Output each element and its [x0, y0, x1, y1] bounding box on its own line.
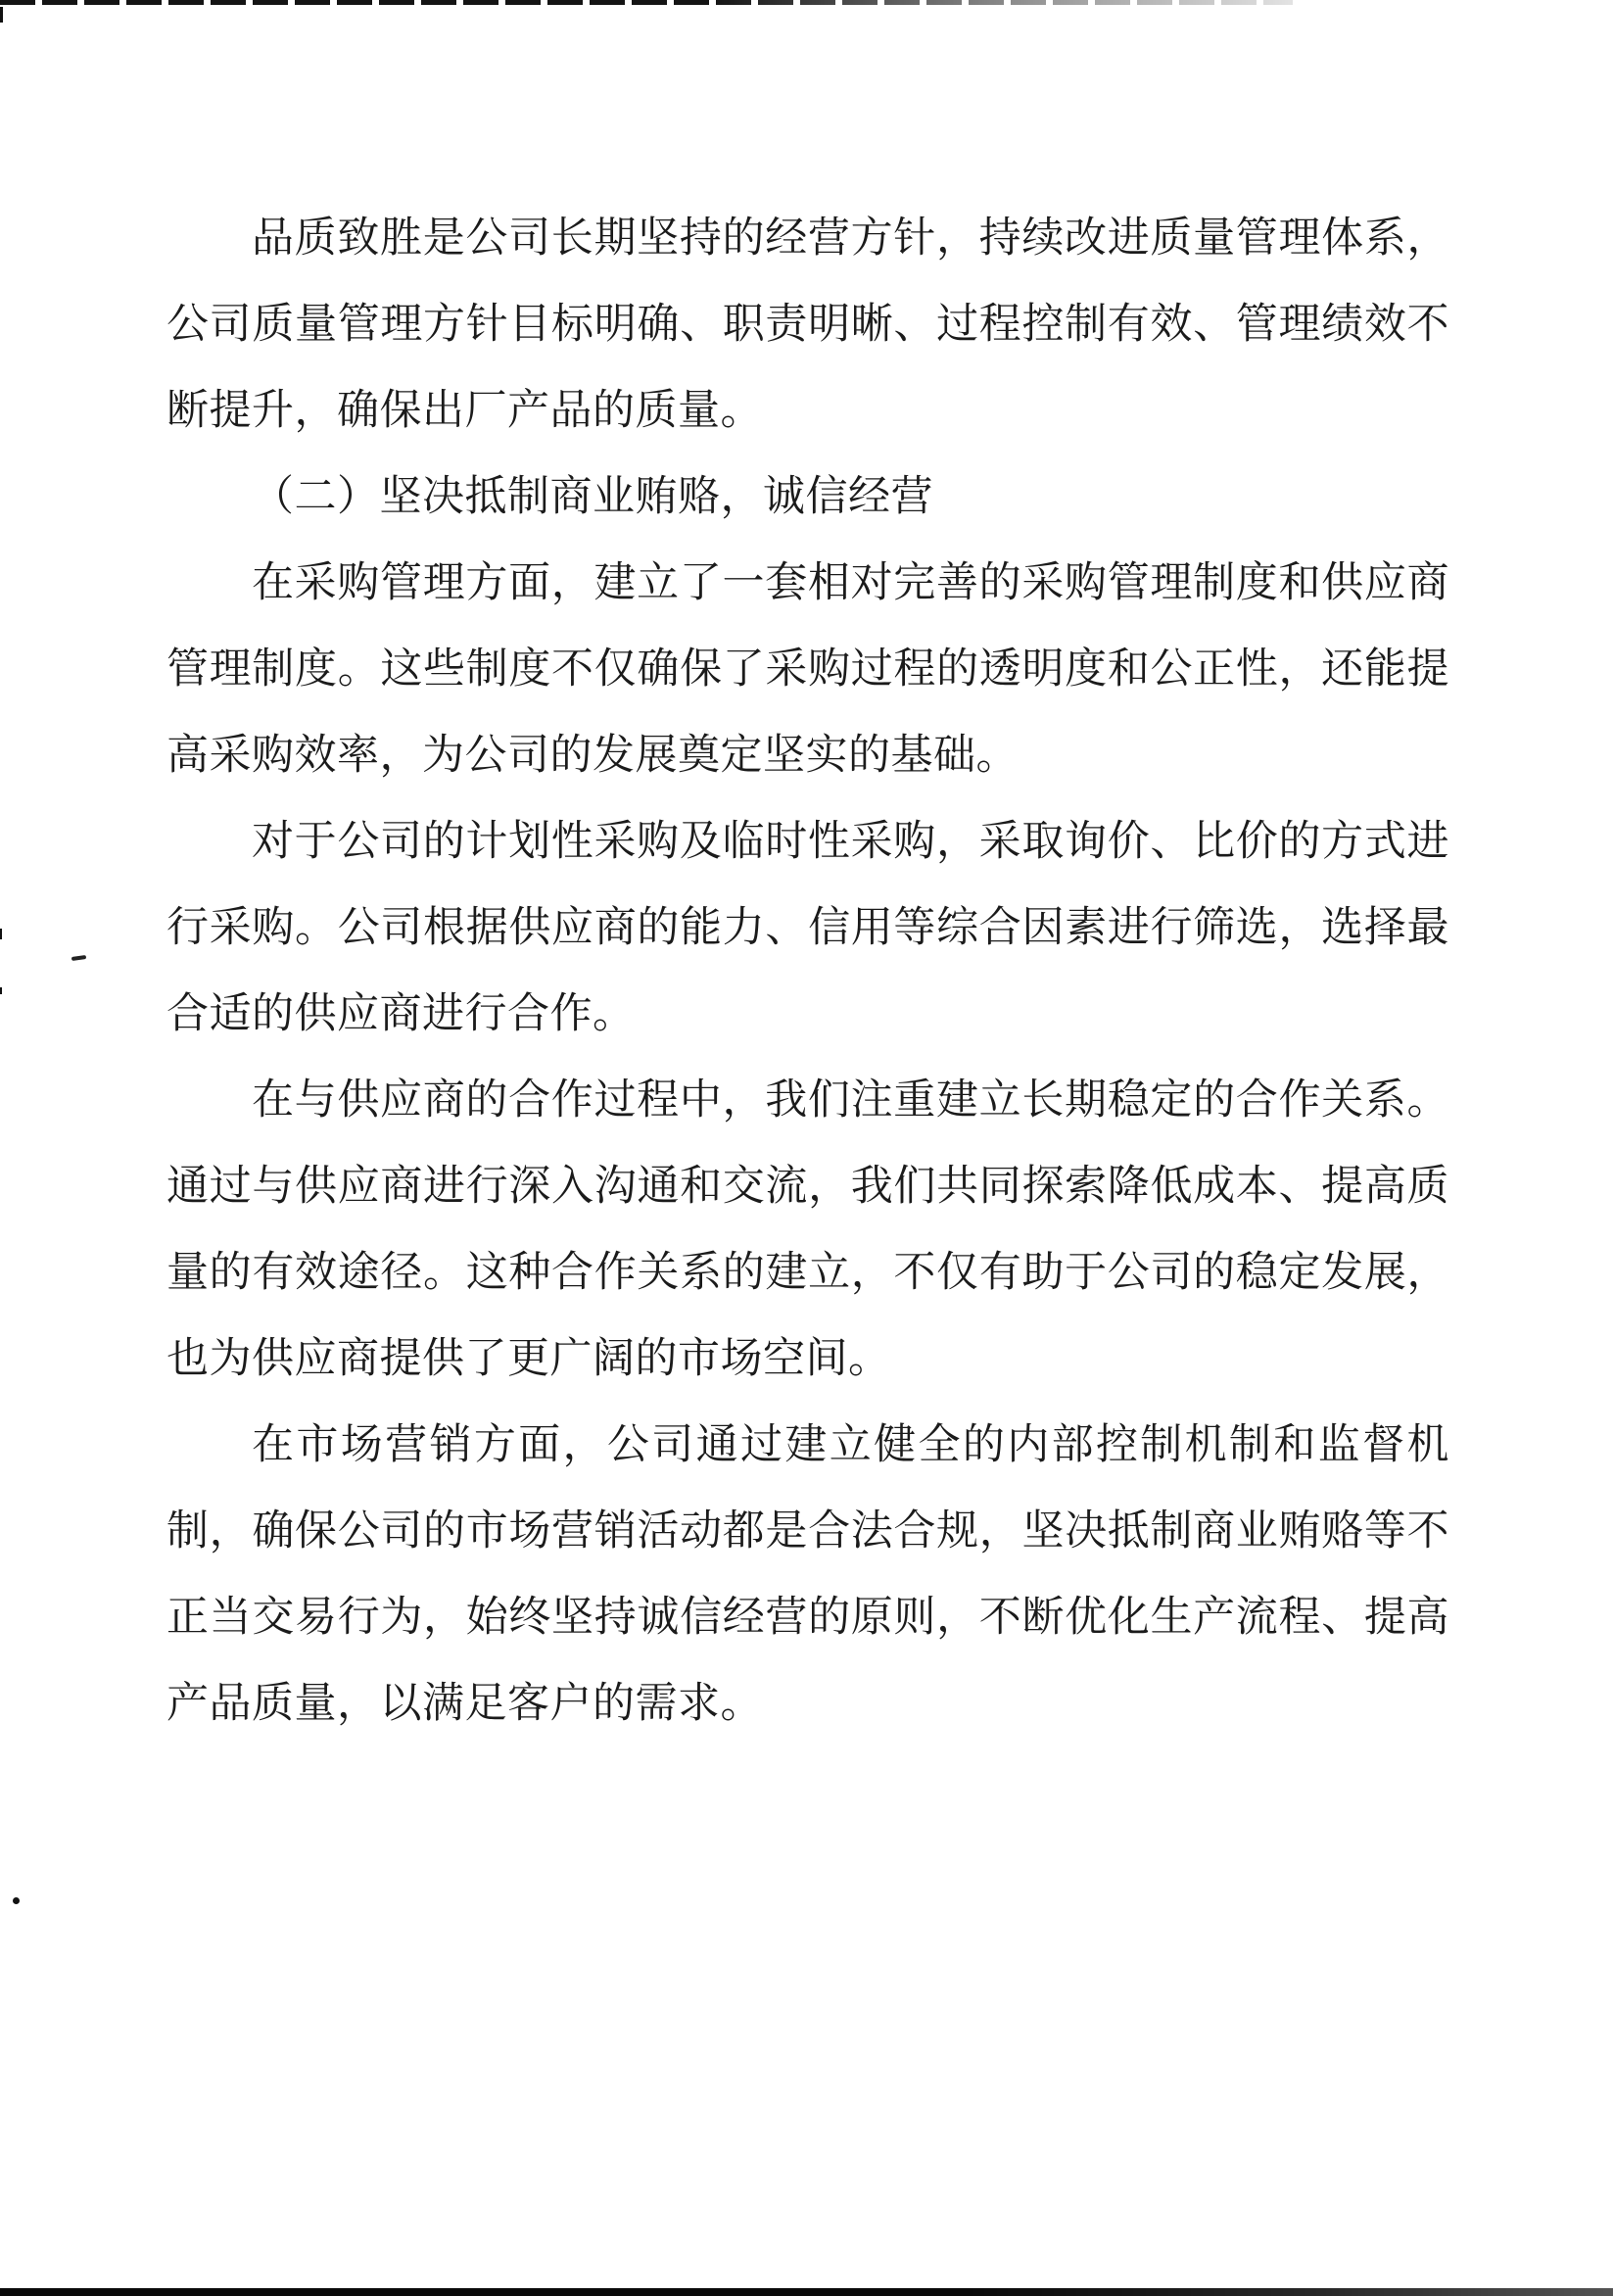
body-text-line: 合适的供应商进行合作。 [166, 972, 1449, 1058]
body-text-line: 公司质量管理方针目标明确、职责明晰、过程控制有效、管理绩效不 [166, 282, 1449, 368]
margin-dot-artifact [13, 1897, 20, 1904]
scan-left-edge-mark [0, 7, 3, 23]
body-text-line: 品质致胜是公司长期坚持的经营方针，持续改进质量管理体系， [166, 196, 1449, 282]
scan-left-edge-mark [0, 929, 2, 939]
body-text-line: 产品质量，以满足客户的需求。 [166, 1661, 1449, 1747]
body-text-line: 制，确保公司的市场营销活动都是合法合规，坚决抵制商业贿赂等不 [166, 1489, 1449, 1575]
scan-top-edge-line [0, 0, 1293, 5]
body-text-line: 通过与供应商进行深入沟通和交流，我们共同探索降低成本、提高质 [166, 1144, 1449, 1230]
body-text-line: 量的有效途径。这种合作关系的建立，不仅有助于公司的稳定发展， [166, 1230, 1449, 1316]
scan-left-edge-mark [0, 987, 2, 994]
section-heading-line: （二）坚决抵制商业贿赂，诚信经营 [166, 454, 1449, 541]
body-text-line: 也为供应商提供了更广阔的市场空间。 [166, 1316, 1449, 1403]
body-text-line: 断提升，确保出厂产品的质量。 [166, 368, 1449, 454]
body-text-line: 对于公司的计划性采购及临时性采购，采取询价、比价的方式进 [166, 799, 1449, 885]
document-page: 品质致胜是公司长期坚持的经营方针，持续改进质量管理体系，公司质量管理方针目标明确… [0, 0, 1613, 2296]
body-text-line: 在市场营销方面，公司通过建立健全的内部控制机制和监督机 [166, 1403, 1449, 1489]
text-block: 品质致胜是公司长期坚持的经营方针，持续改进质量管理体系，公司质量管理方针目标明确… [166, 196, 1449, 1747]
body-text-line: 管理制度。这些制度不仅确保了采购过程的透明度和公正性，还能提 [166, 627, 1449, 713]
body-text-line: 正当交易行为，始终坚持诚信经营的原则，不断优化生产流程、提高 [166, 1575, 1449, 1661]
body-text-line: 在采购管理方面，建立了一套相对完善的采购管理制度和供应商 [166, 541, 1449, 627]
body-text-line: 行采购。公司根据供应商的能力、信用等综合因素进行筛选，选择最 [166, 885, 1449, 972]
scan-bottom-edge-line [0, 2288, 1613, 2296]
body-text-line: 高采购效率，为公司的发展奠定坚实的基础。 [166, 713, 1449, 799]
margin-dash-artifact [71, 955, 86, 961]
body-text-line: 在与供应商的合作过程中，我们注重建立长期稳定的合作关系。 [166, 1058, 1449, 1144]
